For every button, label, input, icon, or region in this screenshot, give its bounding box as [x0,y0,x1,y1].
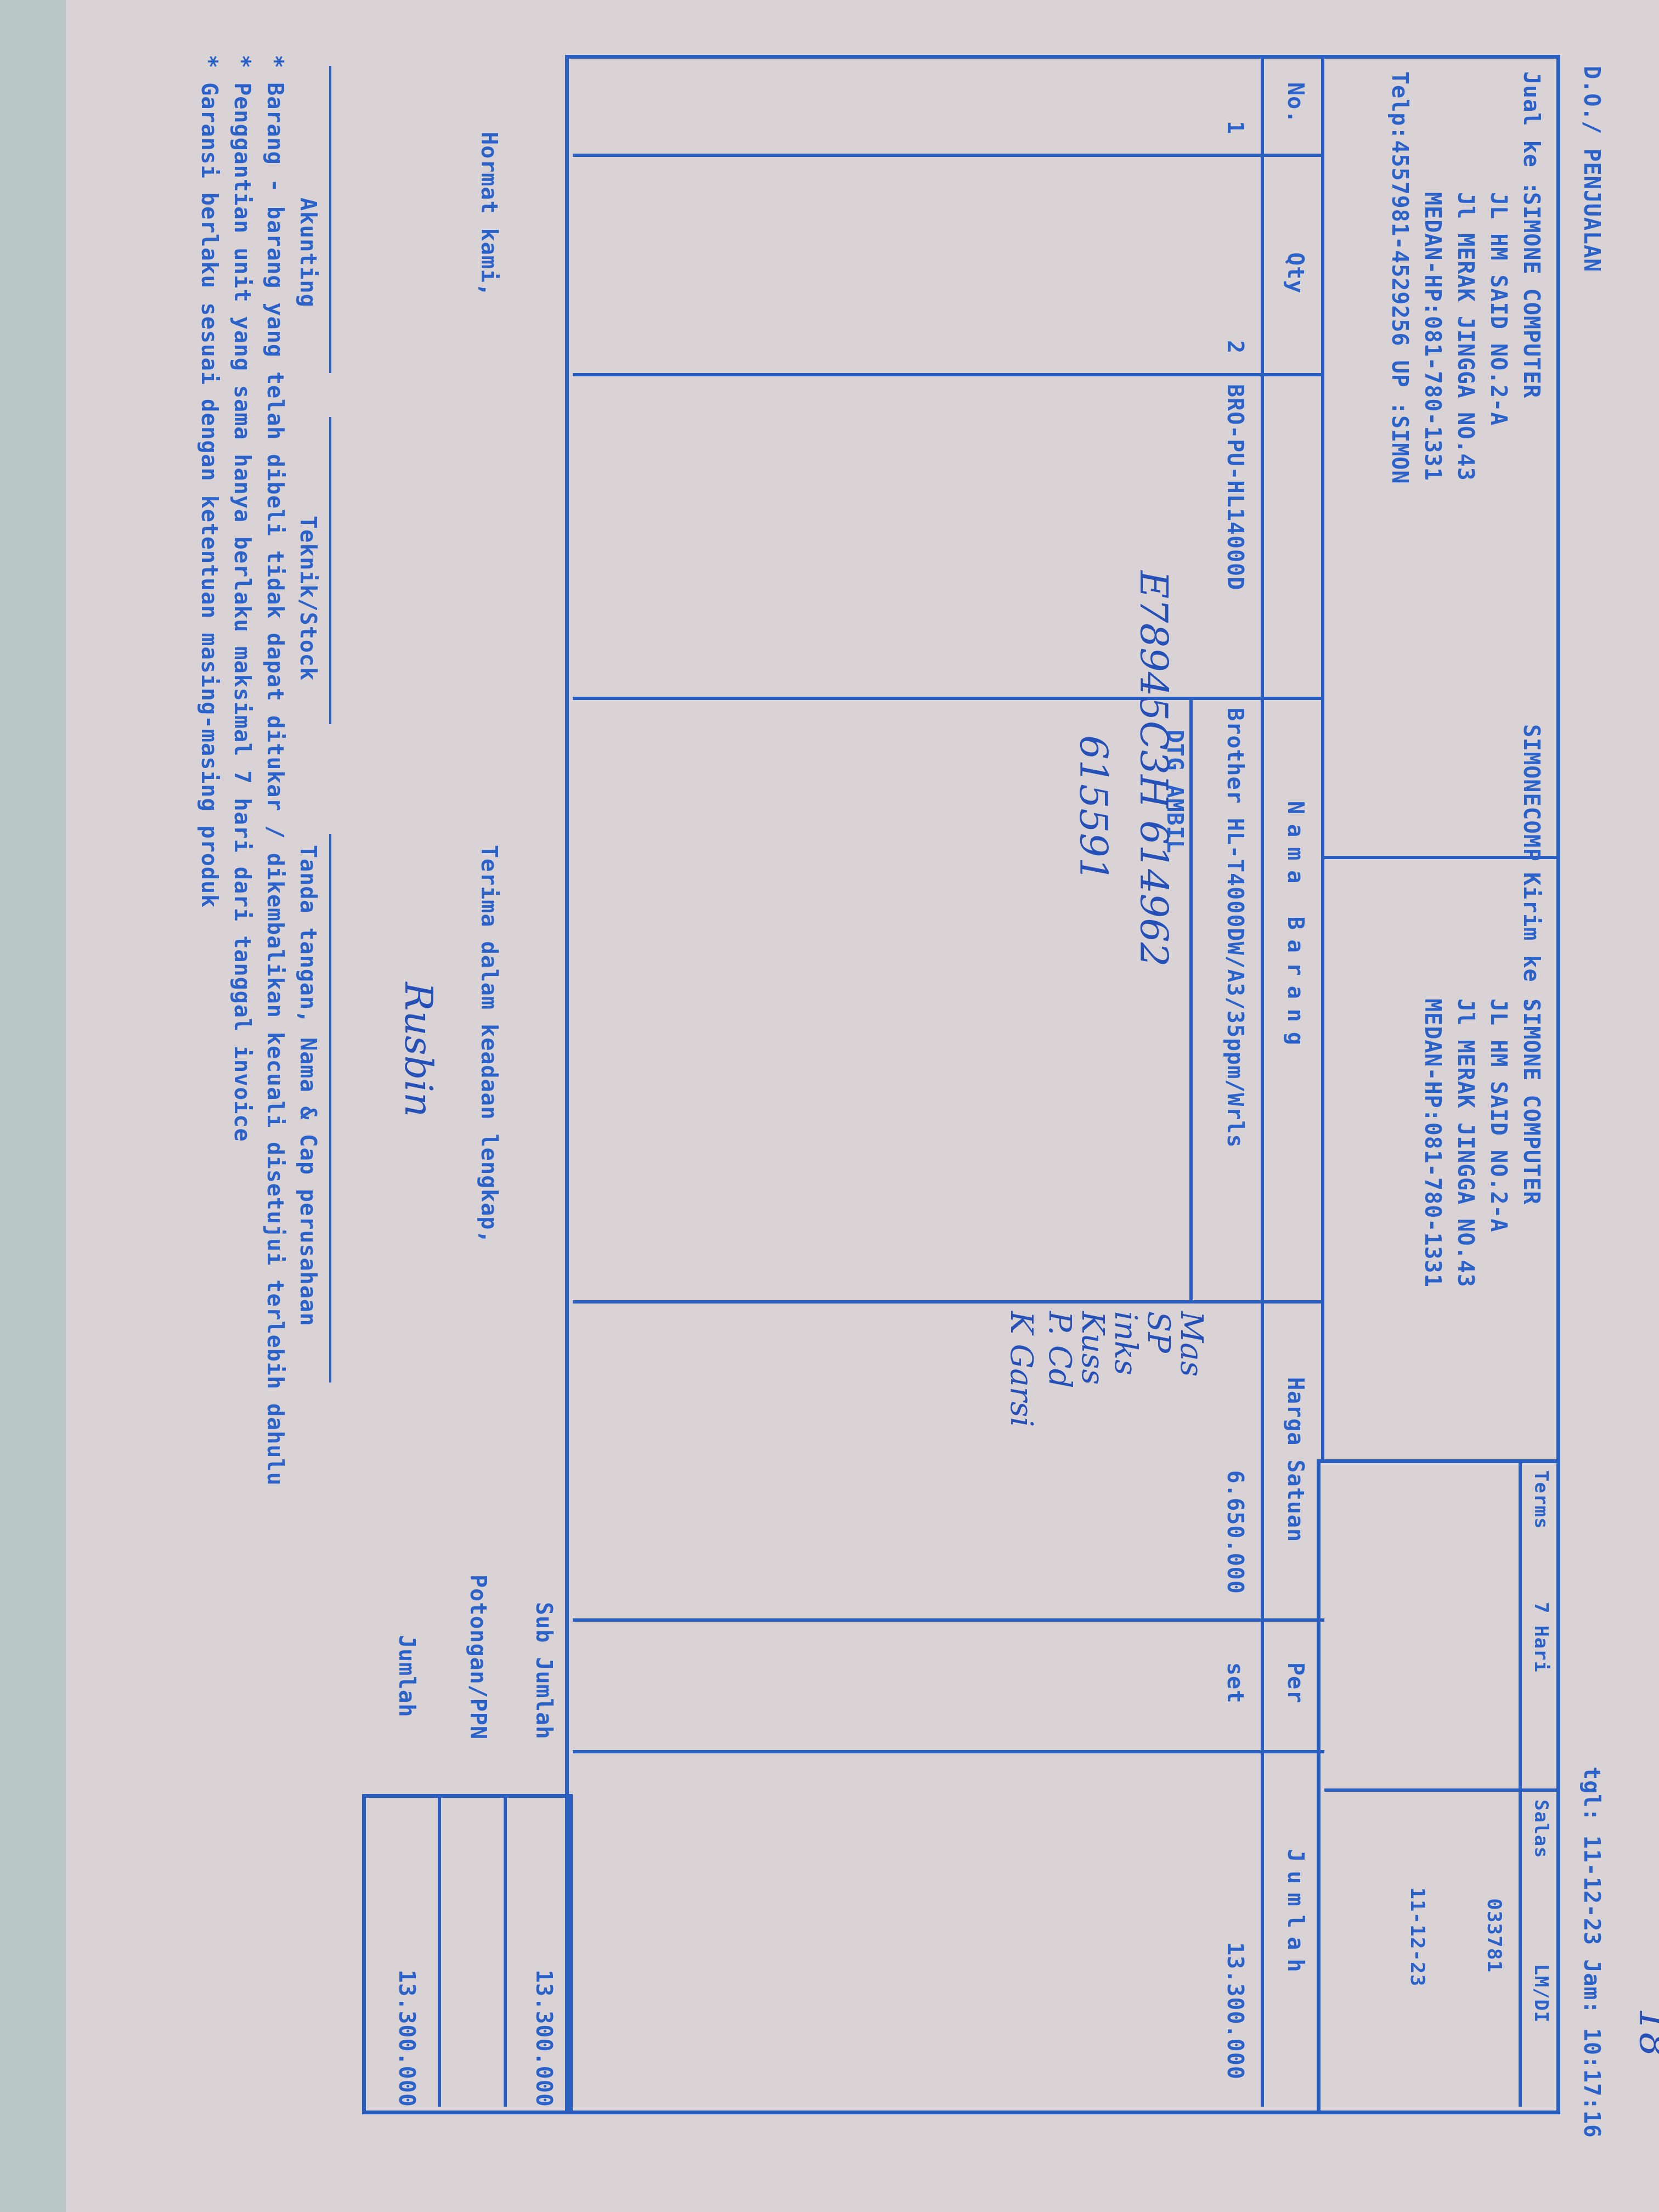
totals-line [438,1794,441,2107]
subtotal-value: 13.300.000 [531,1970,556,2107]
col-line [573,154,1324,157]
info-divider [1324,1788,1560,1792]
col-line [573,373,1324,376]
col-line [573,1750,1324,1753]
sales-value: LM/DI [1530,1964,1552,2023]
footer-note: * Penggantian unit yang sama hanya berla… [229,55,255,1142]
col-header: Harga Satuan [1283,1377,1308,1542]
terima-lengkap: Terima dalam keadaan lengkap, [476,845,501,1244]
serial-number: E78945C3H 614962 [1131,571,1176,967]
col-header: Jumlah [1283,1849,1308,1981]
col-line [573,1618,1324,1622]
col-header: Per [1283,1662,1308,1703]
row-line [1189,697,1193,1300]
sold-to-line: MEDAN-HP:081-780-1331 [1420,192,1445,481]
tanda-tangan-label: Tanda tangan, Nama & Cap perusahaan [295,845,320,1327]
date-time: tgl: 11-12-23 Jam: 10:17:16 [1579,1767,1604,2138]
sign-line [329,417,331,724]
sold-to-label: Jual ke : [1519,71,1544,195]
ship-to-label: Kirim ke : [1519,872,1544,1010]
corner-mark: 18 [1630,2008,1659,2057]
row-per: set [1222,1662,1248,1703]
col-header: No. [1283,82,1308,123]
terms-value: 7 Hari [1530,1602,1552,1673]
hand-note: K Garsi [1003,1311,1039,1427]
sales-label: Salas [1530,1799,1552,1858]
table-header-line [1261,55,1264,2107]
hand-note: SP [1141,1311,1176,1353]
col-header: Qty [1283,252,1308,294]
info-box [1317,1459,1560,2114]
sign-line [329,66,331,373]
col-line [573,1300,1324,1304]
hand-note: Mas [1173,1311,1209,1376]
info-divider [1519,1459,1522,2107]
col-header: Nama Barang [1283,801,1308,1055]
serial-number: 615591 [1071,735,1116,882]
hand-note: inks [1108,1311,1143,1375]
footer-note: * Garansi berlaku sesuai dengan ketentua… [196,55,222,908]
akunting-label: Akunting [295,198,320,308]
receiver-signature: Rusbin [396,982,441,1117]
ship-to-line: JL HM SAID NO.2-A [1486,998,1511,1232]
col-line [573,697,1324,700]
row-price: 6.650.000 [1222,1470,1248,1594]
ship-to-line: Jl MERAK JINGGA NO.43 [1453,998,1478,1288]
row-code: BRO-PU-HL14000D [1222,384,1248,590]
row-no: 1 [1222,121,1248,134]
ship-to-line: MEDAN-HP:081-780-1331 [1420,998,1445,1288]
discount-label: Potongan/PPN [465,1575,490,1740]
ship-to-line: SIMONE COMPUTER [1519,998,1544,1205]
row-qty: 2 [1222,340,1248,354]
teknik-label: Teknik/Stock [295,516,320,681]
hand-note: Kuss [1075,1311,1110,1385]
hand-note: P. Cd [1042,1311,1077,1389]
doc-number: 033781 [1483,1898,1505,1973]
header-divider [1321,55,1324,1459]
hormat-kami: Hormat kami, [476,132,501,297]
row-name: Brother HL-T4000DW/A3/35ppm/Wrls [1222,708,1248,1148]
company-name: SIMONECOMP [1519,724,1544,862]
sold-to-line: Jl MERAK JINGGA NO.43 [1453,192,1478,481]
total-value: 13.300.000 [394,1970,419,2107]
total-label: Jumlah [394,1635,419,1718]
sold-to-line: JL HM SAID NO.2-A [1486,192,1511,426]
row-amount: 13.300.000 [1222,1942,1248,2080]
doc-title: D.O./ PENJUALAN [1579,66,1604,272]
footer-note: * Barang - barang yang telah dibeli tida… [262,55,287,1486]
sold-to-phone: Telp:4557981-4529256 UP :SIMON [1387,71,1412,484]
terms-label: Terms [1530,1470,1552,1529]
doc-date: 11-12-23 [1406,1887,1429,1987]
totals-line [504,1794,507,2107]
sold-to-line: SIMONE COMPUTER [1519,192,1544,398]
sign-line [329,834,331,1383]
delivery-order: D.O./ PENJUALAN tgl: 11-12-23 Jam: 10:17… [178,22,1659,2172]
subtotal-label: Sub Jumlah [531,1602,556,1740]
